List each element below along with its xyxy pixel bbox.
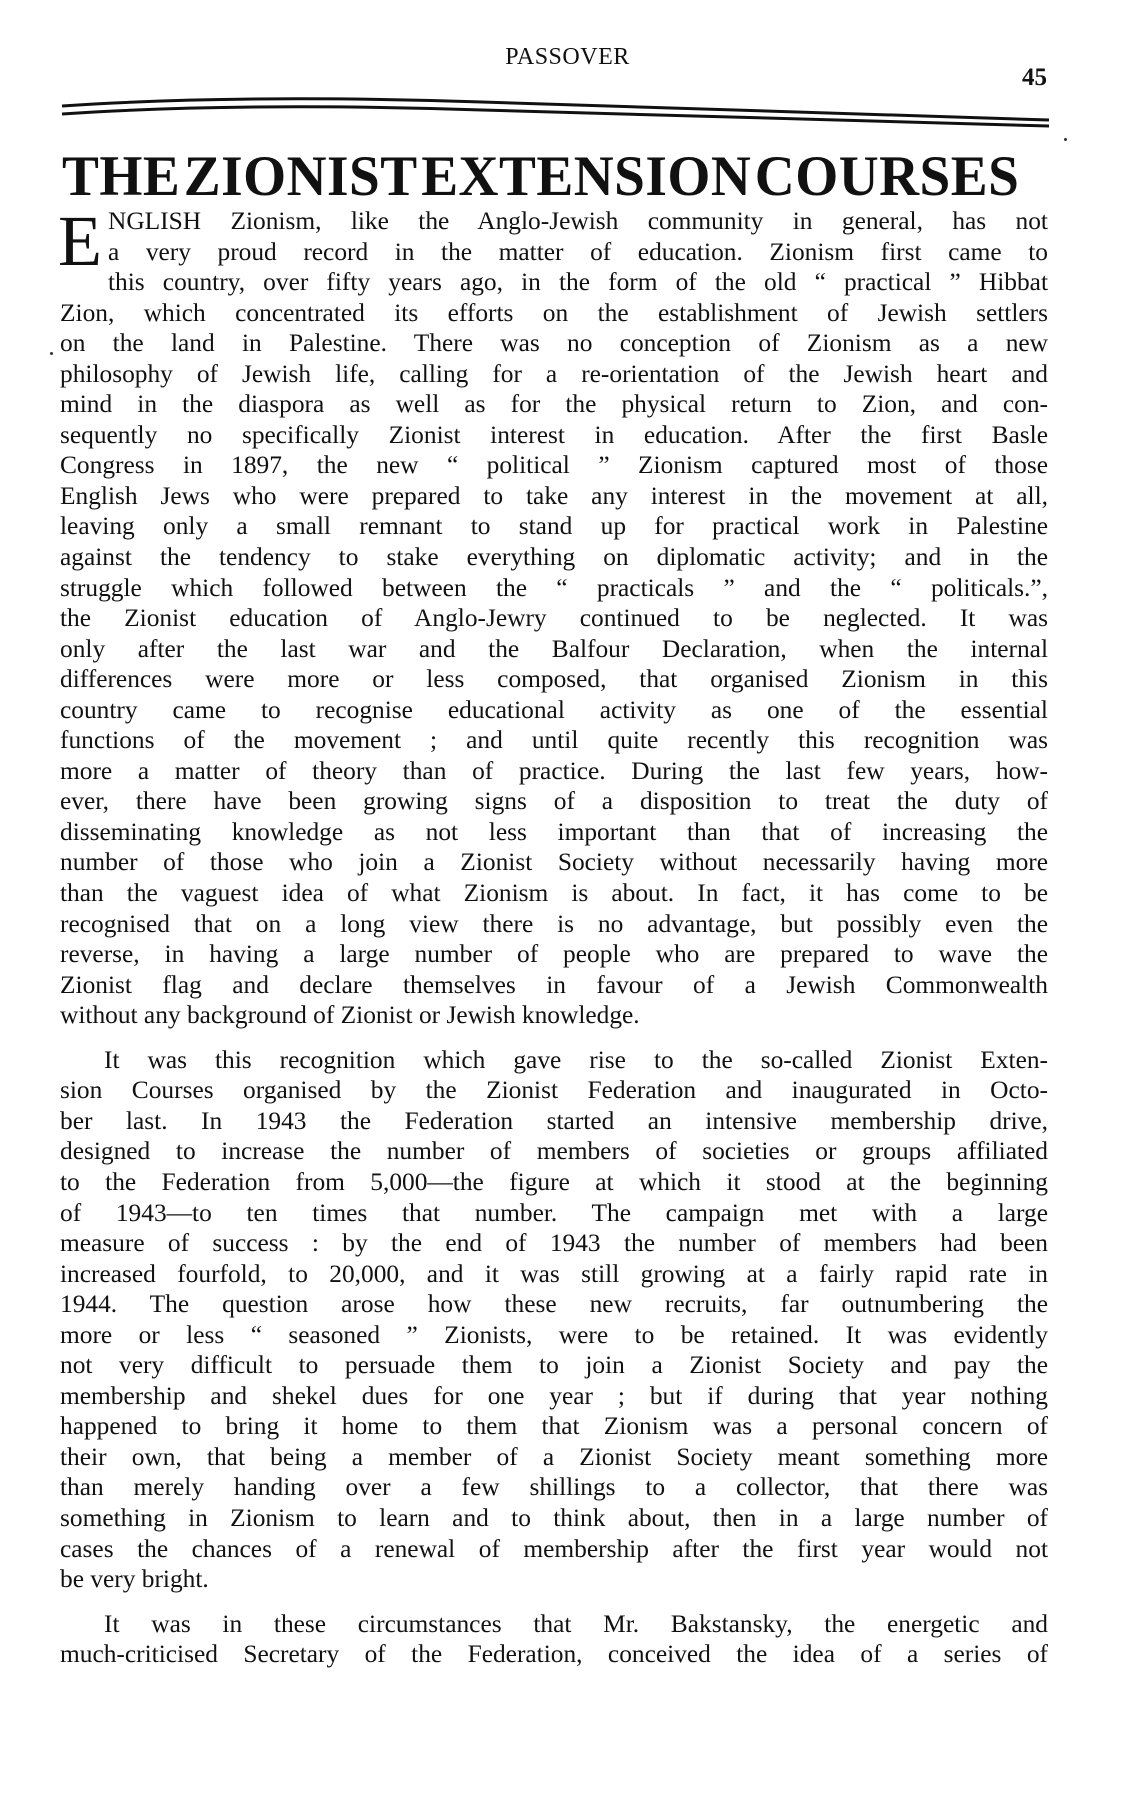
- page-number: 45: [1022, 64, 1047, 92]
- text-line: a very proud record in the matter of edu…: [60, 237, 1048, 268]
- text-line: than the vaguest idea of what Zionism is…: [60, 878, 1048, 909]
- text-line: be very bright.: [60, 1564, 1048, 1595]
- text-line: philosophy of Jewish life, calling for a…: [60, 359, 1048, 390]
- text-line: cases the chances of a renewal of member…: [60, 1534, 1048, 1565]
- text-line: against the tendency to stake everything…: [60, 542, 1048, 573]
- text-line: Zionist flag and declare themselves in f…: [60, 970, 1048, 1001]
- text-line: more a matter of theory than of practice…: [60, 756, 1048, 787]
- print-speck: [50, 352, 53, 355]
- text-line: much-criticised Secretary of the Federat…: [60, 1639, 1048, 1670]
- title-word: THE: [62, 148, 180, 205]
- text-line: measure of success : by the end of 1943 …: [60, 1228, 1048, 1259]
- text-line: more or less “ seasoned ” Zionists, were…: [60, 1320, 1048, 1351]
- paragraph: It was in these circumstances that Mr. B…: [60, 1609, 1048, 1670]
- text-line: on the land in Palestine. There was no c…: [60, 328, 1048, 359]
- text-line: this country, over fifty years ago, in t…: [60, 267, 1048, 298]
- text-line: not very difficult to persuade them to j…: [60, 1350, 1048, 1381]
- print-speck: [1064, 138, 1067, 141]
- text-line: the Zionist education of Anglo-Jewry con…: [60, 603, 1048, 634]
- title-word: EXTENSION: [421, 148, 751, 205]
- text-line: leaving only a small remnant to stand up…: [60, 511, 1048, 542]
- text-line: NGLISH Zionism, like the Anglo-Jewish co…: [60, 206, 1048, 237]
- text-line: disseminating knowledge as not less impo…: [60, 817, 1048, 848]
- text-line: happened to bring it home to them that Z…: [60, 1411, 1048, 1442]
- paragraph-gap: [60, 1595, 1048, 1609]
- text-line: to the Federation from 5,000—the figure …: [60, 1167, 1048, 1198]
- text-line: increased fourfold, to 20,000, and it wa…: [60, 1259, 1048, 1290]
- text-line: ever, there have been growing signs of a…: [60, 786, 1048, 817]
- paragraph-gap: [60, 1031, 1048, 1045]
- text-line: struggle which followed between the “ pr…: [60, 573, 1048, 604]
- text-line: sion Courses organised by the Zionist Fe…: [60, 1075, 1048, 1106]
- paragraph: It was this recognition which gave rise …: [60, 1045, 1048, 1595]
- paragraph: ENGLISH Zionism, like the Anglo-Jewish c…: [60, 206, 1048, 1031]
- text-line: designed to increase the number of membe…: [60, 1136, 1048, 1167]
- text-line: of 1943—to ten times that number. The ca…: [60, 1198, 1048, 1229]
- article-title: THE ZIONIST EXTENSION COURSES: [62, 148, 1019, 205]
- text-line: It was in these circumstances that Mr. B…: [60, 1609, 1048, 1640]
- text-line: ber last. In 1943 the Federation started…: [60, 1106, 1048, 1137]
- text-line: mind in the diaspora as well as for the …: [60, 389, 1048, 420]
- text-line: country came to recognise educational ac…: [60, 695, 1048, 726]
- text-line: recognised that on a long view there is …: [60, 909, 1048, 940]
- text-line: number of those who join a Zionist Socie…: [60, 847, 1048, 878]
- text-line: sequently no specifically Zionist intere…: [60, 420, 1048, 451]
- header-double-rule: [62, 94, 1049, 128]
- text-line: their own, that being a member of a Zion…: [60, 1442, 1048, 1473]
- text-line: membership and shekel dues for one year …: [60, 1381, 1048, 1412]
- text-line: only after the last war and the Balfour …: [60, 634, 1048, 665]
- text-line: It was this recognition which gave rise …: [60, 1045, 1048, 1076]
- title-word: ZIONIST: [184, 148, 418, 205]
- text-line: without any background of Zionist or Jew…: [60, 1000, 1048, 1031]
- text-line: differences were more or less composed, …: [60, 664, 1048, 695]
- text-line: something in Zionism to learn and to thi…: [60, 1503, 1048, 1534]
- text-line: Zion, which concentrated its efforts on …: [60, 298, 1048, 329]
- drop-cap: E: [58, 212, 102, 270]
- text-line: 1944. The question arose how these new r…: [60, 1289, 1048, 1320]
- title-word: COURSES: [755, 148, 1020, 205]
- text-line: English Jews who were prepared to take a…: [60, 481, 1048, 512]
- text-line: Congress in 1897, the new “ political ” …: [60, 450, 1048, 481]
- text-line: functions of the movement ; and until qu…: [60, 725, 1048, 756]
- text-line: than merely handing over a few shillings…: [60, 1472, 1048, 1503]
- text-line: reverse, in having a large number of peo…: [60, 939, 1048, 970]
- article-body: ENGLISH Zionism, like the Anglo-Jewish c…: [60, 206, 1048, 1670]
- running-head: PASSOVER: [0, 44, 1135, 71]
